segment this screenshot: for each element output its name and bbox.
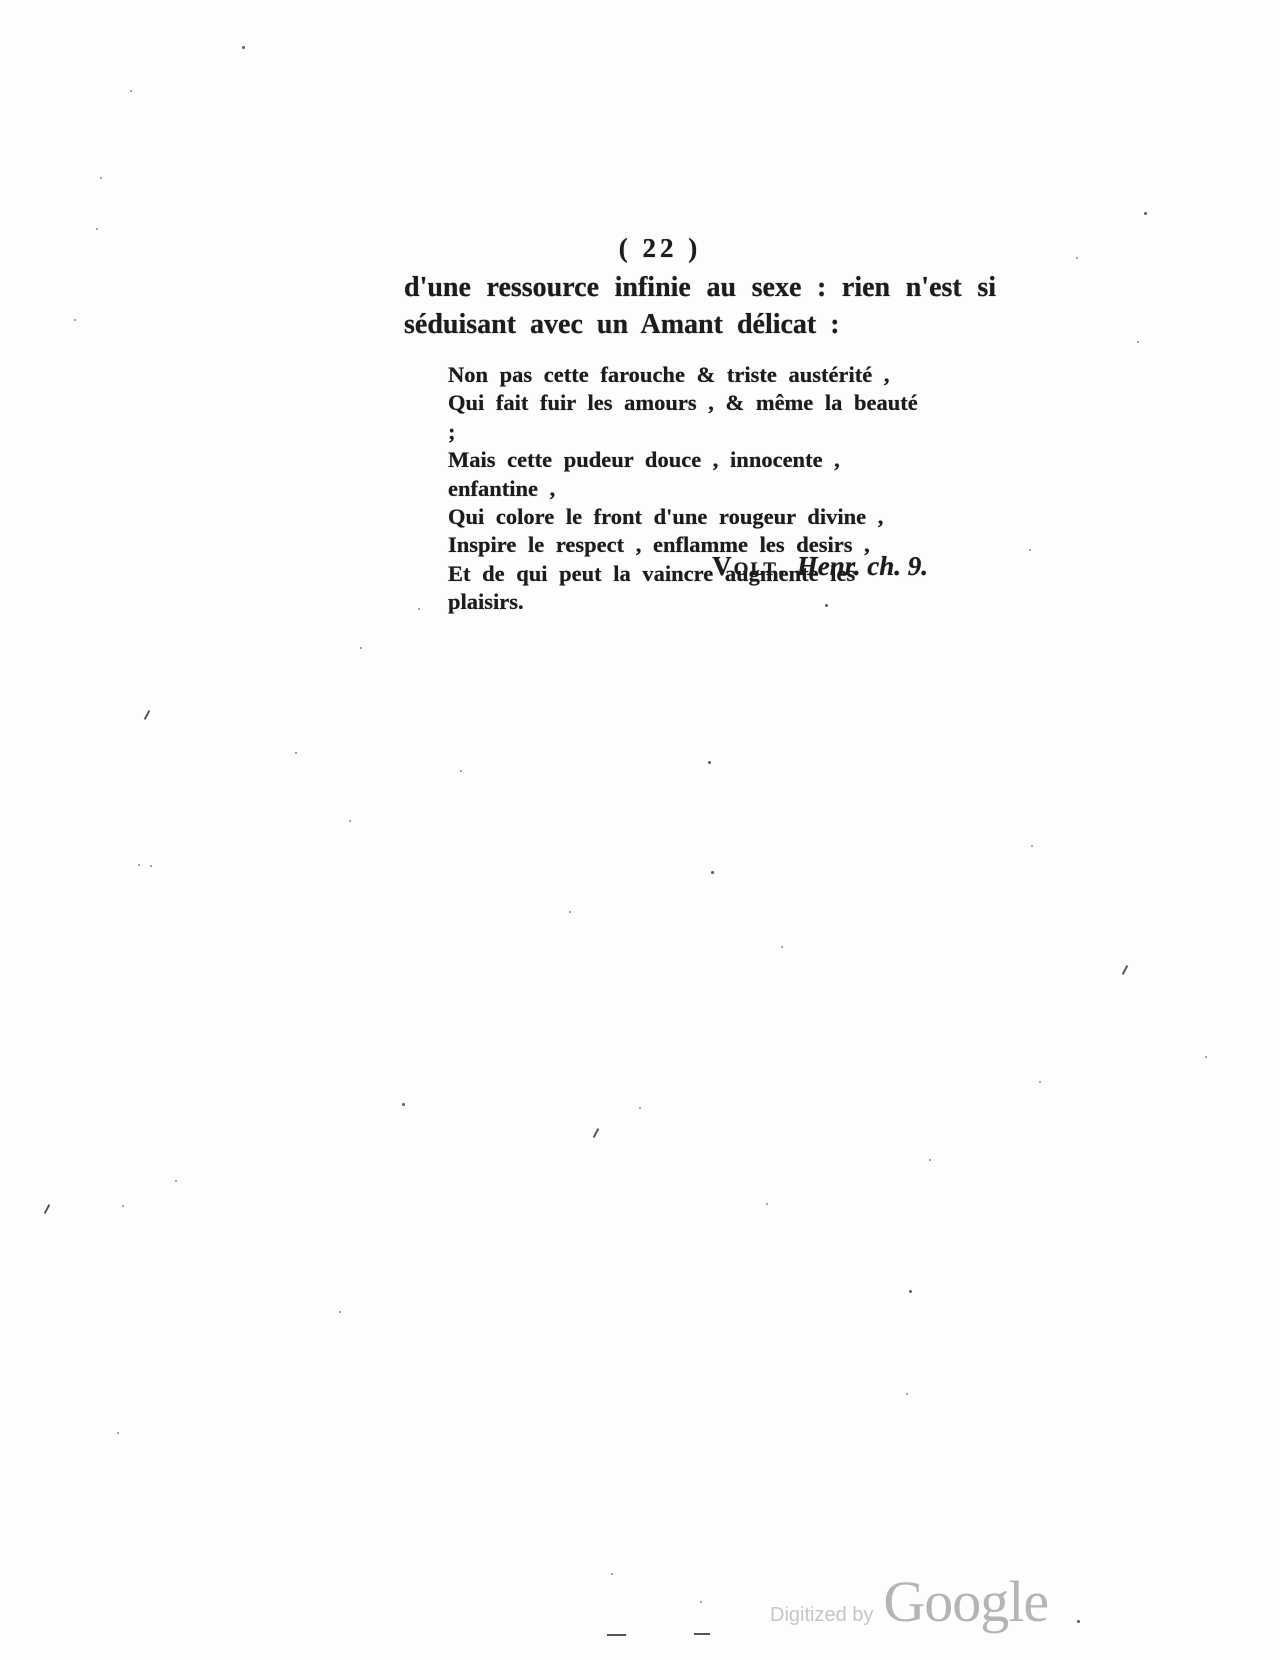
scan-speck: [639, 1107, 641, 1109]
scanned-book-page: ( 22 ) d'une ressource infinie au sexe :…: [0, 0, 1280, 1661]
verse-line: Non pas cette farouche & triste austérit…: [448, 361, 918, 389]
scan-mark: [1122, 965, 1128, 975]
google-logo: Google: [883, 1573, 1048, 1631]
scan-speck: [138, 864, 140, 866]
scan-mark: [694, 1633, 710, 1635]
scan-speck: [1077, 1620, 1080, 1623]
scan-mark: [593, 1128, 599, 1138]
scan-speck: [1144, 212, 1147, 215]
citation: Volt.Henr. ch. 9.: [404, 551, 928, 582]
scan-speck: [700, 1601, 702, 1603]
scan-mark: [607, 1634, 626, 1636]
scan-speck: [708, 761, 711, 764]
scan-speck: [349, 820, 351, 822]
verse-line: Qui fait fuir les amours , & même la bea…: [448, 389, 918, 446]
scan-speck: [100, 177, 102, 179]
scan-speck: [909, 1290, 912, 1293]
scan-speck: [360, 647, 362, 649]
scan-speck: [295, 752, 297, 754]
scan-speck: [74, 319, 76, 321]
scan-speck: [96, 228, 98, 230]
scan-speck: [130, 90, 132, 92]
verse-line: Qui colore le front d'une rougeur divine…: [448, 503, 918, 531]
scan-mark: [44, 1204, 50, 1214]
scan-speck: [402, 1103, 405, 1106]
body-paragraph-line-2: séduisant avec un Amant délicat :: [404, 306, 996, 343]
scan-speck: [929, 1159, 931, 1161]
citation-work-reference: Henr. ch. 9.: [797, 551, 928, 581]
scan-speck: [569, 911, 571, 913]
scan-mark: [144, 710, 150, 720]
scan-speck: [766, 1203, 768, 1205]
scan-speck: [1029, 549, 1031, 551]
digitization-watermark: Digitized by Google: [770, 1573, 1048, 1631]
scan-speck: [1137, 341, 1139, 343]
digitized-by-label: Digitized by: [770, 1604, 873, 1627]
scan-speck: [117, 1432, 119, 1434]
scan-speck: [242, 46, 245, 49]
scan-speck: [1031, 845, 1033, 847]
scan-speck: [150, 865, 152, 867]
scan-speck: [460, 770, 462, 772]
scan-speck: [339, 1311, 341, 1313]
scan-speck: [906, 1393, 908, 1395]
scan-speck: [418, 608, 420, 610]
body-paragraph: d'une ressource infinie au sexe : rien n…: [404, 269, 996, 343]
scan-speck: [1039, 1081, 1041, 1083]
page-number: ( 22 ): [540, 233, 780, 264]
verse-line: Mais cette pudeur douce , innocente , en…: [448, 446, 918, 503]
scan-speck: [122, 1205, 124, 1207]
scan-speck: [825, 604, 828, 607]
scan-speck: [711, 871, 714, 874]
scan-speck: [611, 1573, 613, 1575]
body-paragraph-line-1: d'une ressource infinie au sexe : rien n…: [404, 269, 996, 306]
scan-speck: [1076, 257, 1078, 259]
citation-author: Volt.: [712, 551, 787, 581]
scan-speck: [175, 1180, 177, 1182]
scan-speck: [781, 946, 783, 948]
scan-speck: [1205, 1056, 1207, 1058]
